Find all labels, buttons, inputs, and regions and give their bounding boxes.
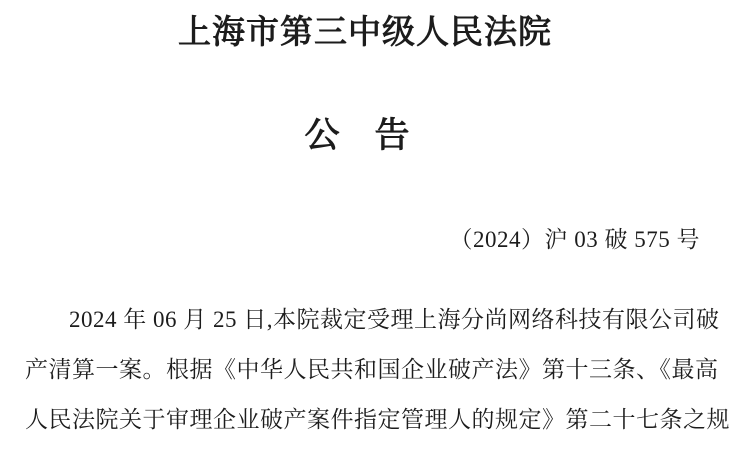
court-announcement-document: 上海市第三中级人民法院 公 告 （2024）沪 03 破 575 号 2024 … <box>0 0 736 449</box>
body-line: 产清算一案。根据《中华人民共和国企业破产法》第十三条、《最高 <box>25 345 725 395</box>
body-line: 2024 年 06 月 25 日,本院裁定受理上海分尚网络科技有限公司破 <box>25 295 725 345</box>
court-name-heading: 上海市第三中级人民法院 <box>0 6 730 53</box>
announcement-title: 公 告 <box>0 108 714 158</box>
body-line: 人民法院关于审理企业破产案件指定管理人的规定》第二十七条之规 <box>25 395 725 445</box>
announcement-body: 2024 年 06 月 25 日,本院裁定受理上海分尚网络科技有限公司破 产清算… <box>25 295 725 445</box>
case-number: （2024）沪 03 破 575 号 <box>450 221 701 254</box>
